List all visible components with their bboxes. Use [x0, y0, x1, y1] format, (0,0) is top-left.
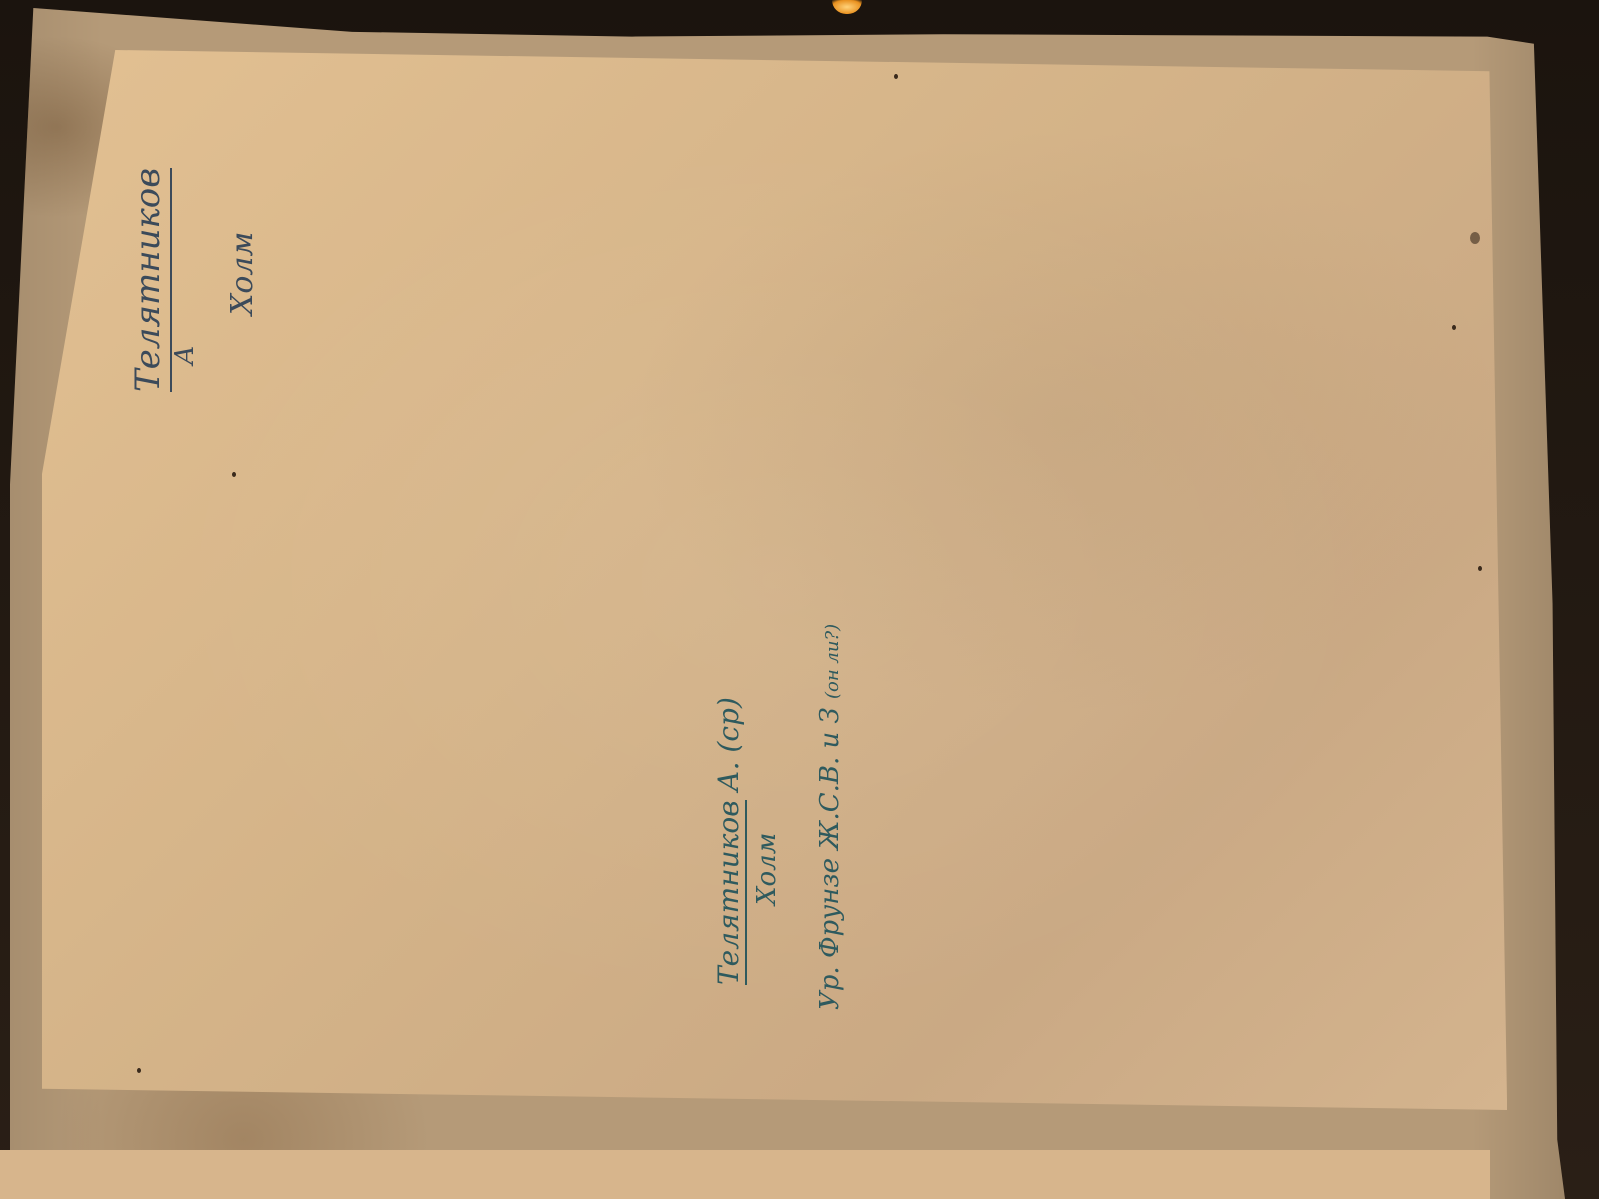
top-note-word: Холм: [225, 232, 260, 315]
next-sheet-edge: [0, 1150, 1490, 1199]
paper-sheet: [42, 50, 1507, 1110]
ink-speck: [232, 472, 236, 477]
middle-note-question: (он ли?): [822, 624, 843, 699]
ink-speck: [137, 1068, 141, 1073]
middle-note-address: Ур. Фрунзе Ж.С.В. и З: [815, 707, 845, 1010]
middle-note-line2: Холм: [752, 833, 782, 905]
middle-note-name: Телятников: [712, 800, 747, 985]
middle-note-line1: Телятников А. (ср): [712, 697, 745, 985]
top-note-initial: А: [170, 345, 200, 365]
ink-speck: [1470, 232, 1480, 244]
middle-note-line3: Ур. Фрунзе Ж.С.В. и З (он ли?): [815, 624, 845, 1010]
middle-note-suffix: А. (ср): [712, 697, 745, 791]
top-note-surname: Телятников: [128, 168, 172, 392]
ink-speck: [1478, 566, 1482, 571]
ink-speck: [894, 74, 898, 79]
ink-speck: [1452, 325, 1456, 330]
paper-texture: [42, 50, 1507, 1110]
